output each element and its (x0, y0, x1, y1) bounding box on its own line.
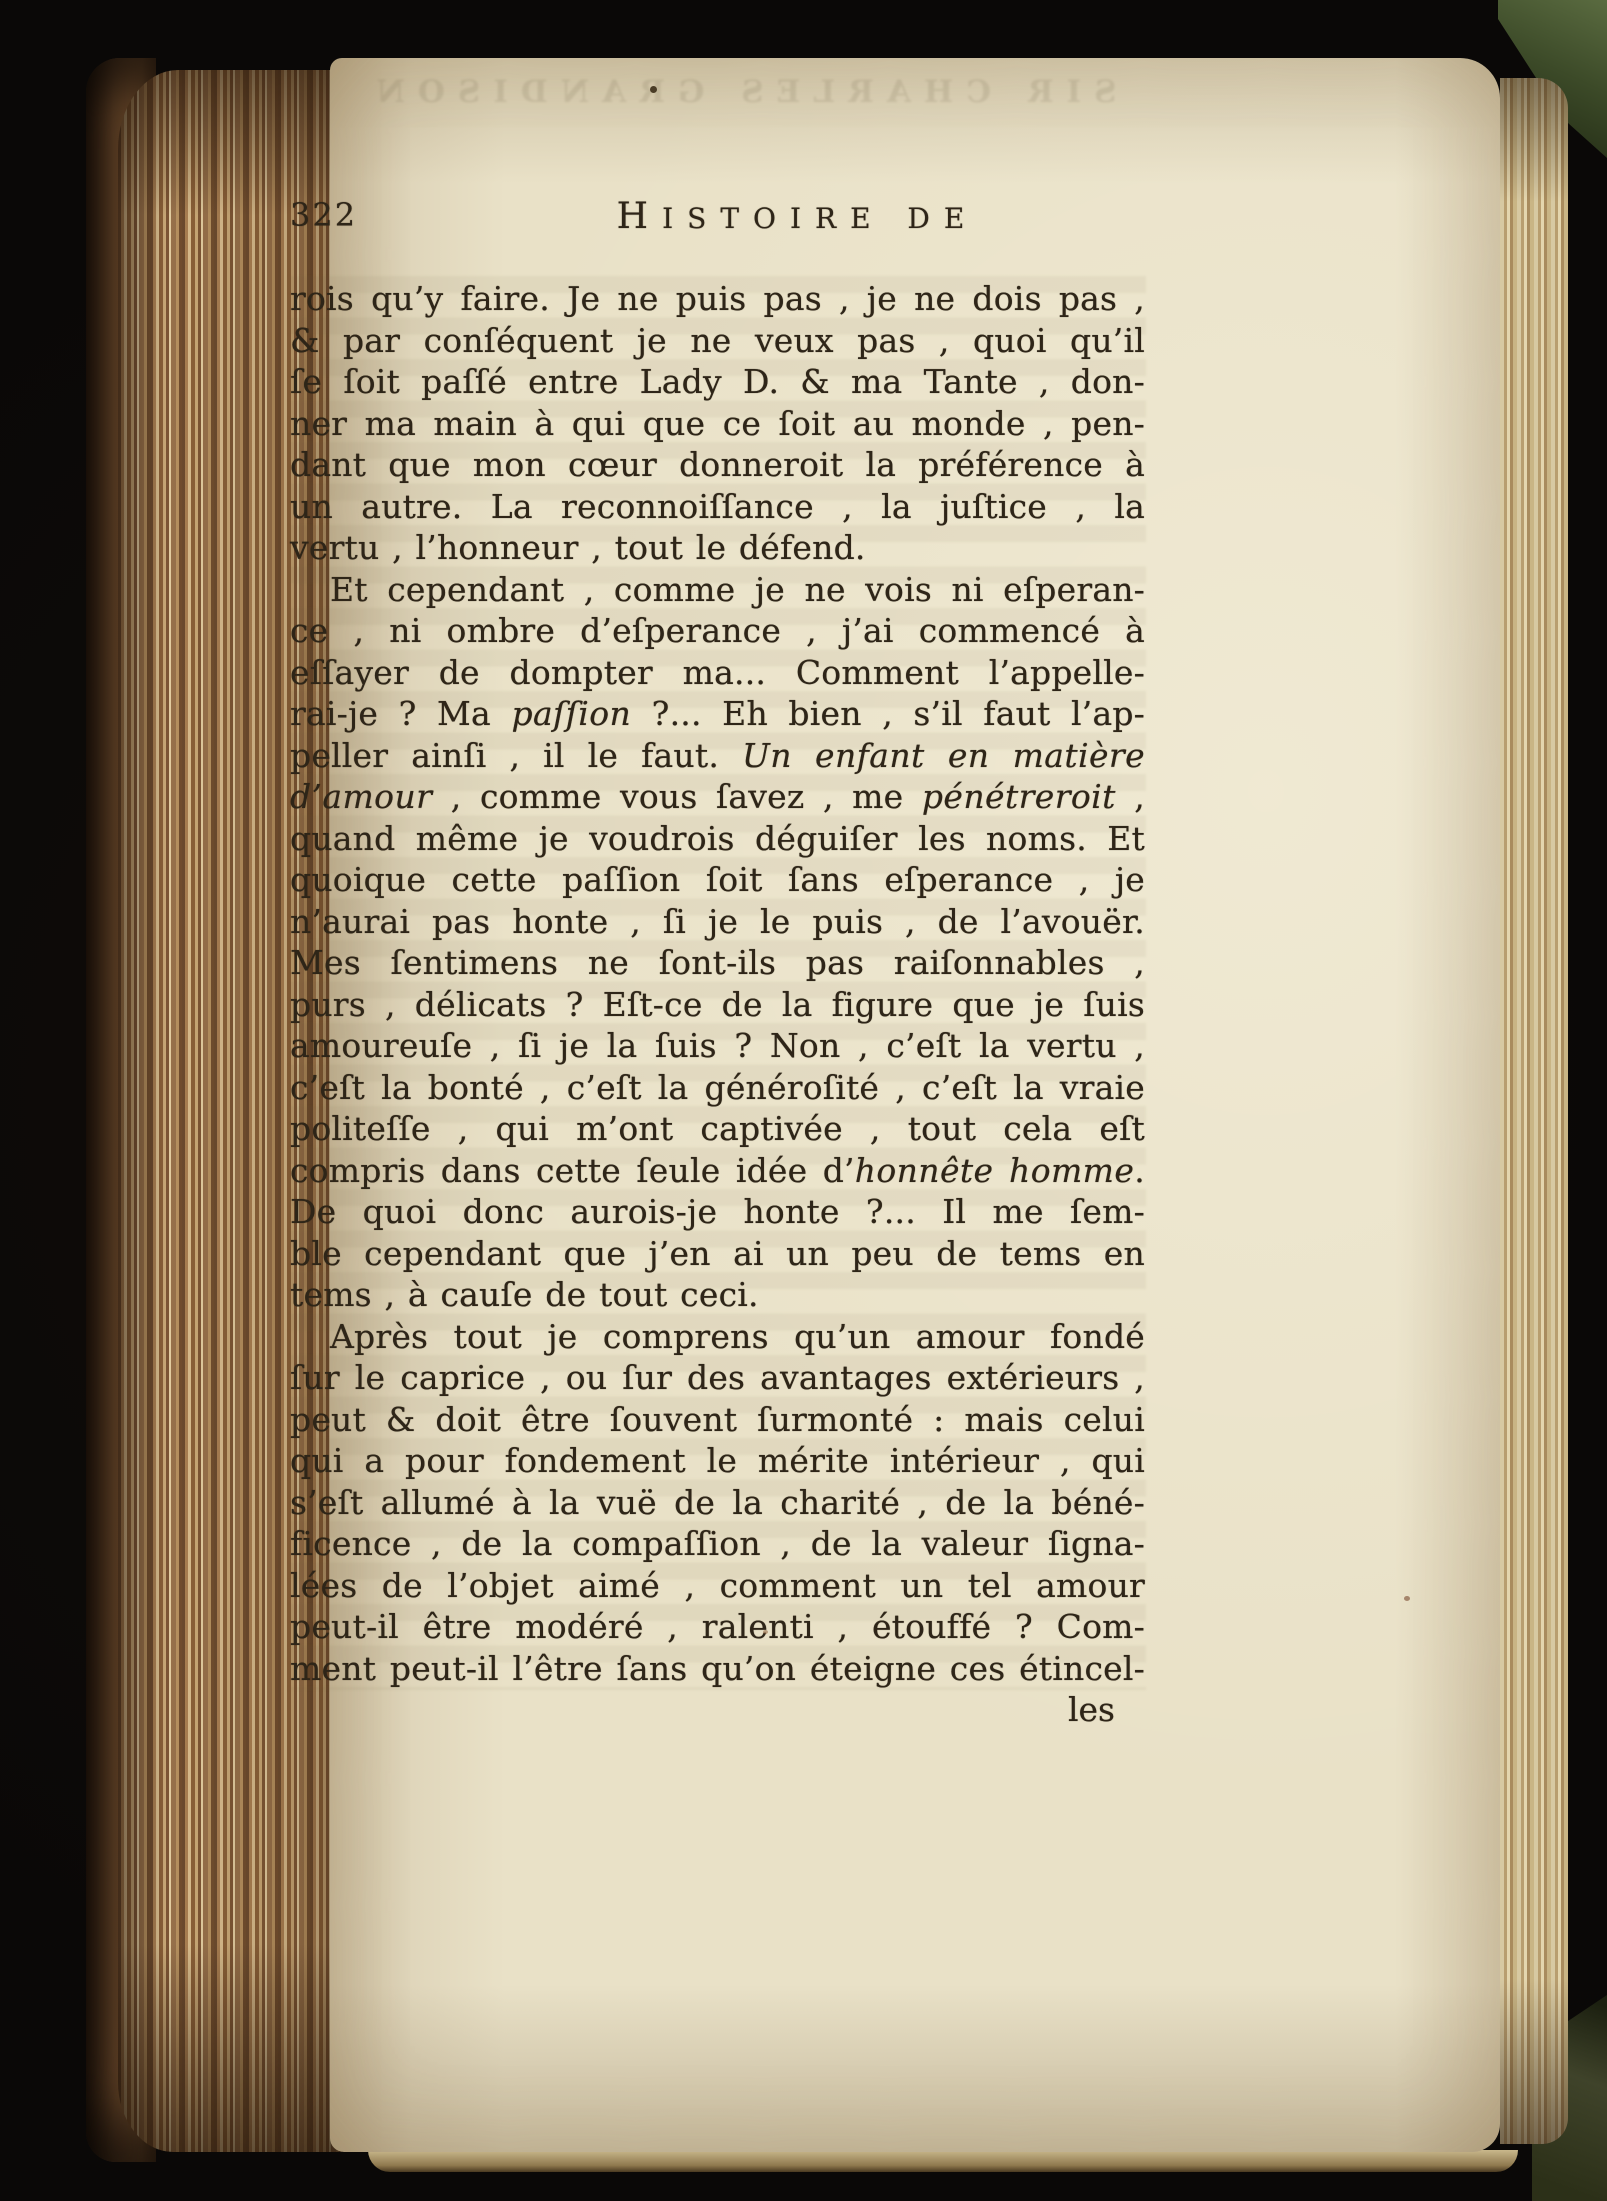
text-line: peut-il être modéré , ralenti , étouffé … (290, 1606, 1145, 1648)
text-line: quand même je voudrois déguiſer les noms… (290, 818, 1145, 860)
text-line: d’amour , comme vous ſavez , me pénétrer… (290, 776, 1145, 818)
ink-speck (650, 86, 657, 93)
text-line: peut & doit être ſouvent ſurmonté : mais… (290, 1399, 1145, 1441)
text-line: eſſayer de dompter ma... Comment l’appel… (290, 652, 1145, 694)
page-header: 322 HISTOIRE DE (290, 190, 1145, 240)
text-line: tems , à cauſe de tout ceci. (290, 1274, 1145, 1316)
page-edges-bottom-stack (368, 2150, 1518, 2172)
text-line: rai-je ? Ma paſſion ?... Eh bien , s’il … (290, 693, 1145, 735)
text-line: qui a pour fondement le mérite intérieur… (290, 1440, 1145, 1482)
text-line: purs , délicats ? Eſt-ce de la figure qu… (290, 984, 1145, 1026)
text-line: n’aurai pas honte , ſi je le puis , de l… (290, 901, 1145, 943)
text-line: dant que mon cœur donneroit la préférenc… (290, 444, 1145, 486)
ink-speck (763, 1630, 768, 1634)
text-line: ſur le caprice , ou ſur des avantages ex… (290, 1357, 1145, 1399)
text-line: un autre. La reconnoiſſance , la juſtice… (290, 486, 1145, 528)
running-header-title: HISTOIRE DE (450, 196, 1145, 237)
text-line: ment peut-il l’être ſans qu’on éteigne c… (290, 1648, 1145, 1690)
text-line: & par conſéquent je ne veux pas , quoi q… (290, 320, 1145, 362)
text-line: peller ainſi , il le faut. Un enfant en … (290, 735, 1145, 777)
text-line: amoureuſe , ſi je la ſuis ? Non , c’eſt … (290, 1025, 1145, 1067)
ink-speck (1404, 1596, 1410, 1601)
text-line: ficence , de la compaſſion , de la valeu… (290, 1523, 1145, 1565)
text-line: c’eſt la bonté , c’eſt la généroſité , c… (290, 1067, 1145, 1109)
text-line: De quoi donc aurois-je honte ?... Il me … (290, 1191, 1145, 1233)
text-line: ſe ſoit paſſé entre Lady D. & ma Tante ,… (290, 361, 1145, 403)
text-line: vertu , l’honneur , tout le défend. (290, 527, 1145, 569)
text-line: ner ma main à qui que ce ſoit au monde ,… (290, 403, 1145, 445)
page-edges-right-stack (1500, 78, 1568, 2144)
text-line: s’eſt allumé à la vuë de la charité , de… (290, 1482, 1145, 1524)
text-line: ce , ni ombre d’eſperance , j’ai commenc… (290, 610, 1145, 652)
book-scan-photo: SIR CHARLES GRANDISON 322 HISTOIRE DE ro… (0, 0, 1607, 2201)
text-line: Et cependant , comme je ne vois ni eſper… (290, 569, 1145, 611)
catchword: les (290, 1690, 1145, 1729)
text-line: politeſſe , qui m’ont captivée , tout ce… (290, 1108, 1145, 1150)
text-line: rois qu’y faire. Je ne puis pas , je ne … (290, 278, 1145, 320)
text-line: ble cependant que j’en ai un peu de tems… (290, 1233, 1145, 1275)
text-line: Mes ſentimens ne ſont-ils pas raiſonnabl… (290, 942, 1145, 984)
page-number: 322 (290, 196, 357, 234)
body-text: rois qu’y faire. Je ne puis pas , je ne … (290, 278, 1145, 1689)
text-line: compris dans cette ſeule idée d’honnête … (290, 1150, 1145, 1192)
text-line: Après tout je comprens qu’un amour fondé (290, 1316, 1145, 1358)
text-line: lées de l’objet aimé , comment un tel am… (290, 1565, 1145, 1607)
bleed-through-running-title: SIR CHARLES GRANDISON (320, 74, 1160, 134)
text-line: quoique cette paſſion ſoit ſans eſperanc… (290, 859, 1145, 901)
